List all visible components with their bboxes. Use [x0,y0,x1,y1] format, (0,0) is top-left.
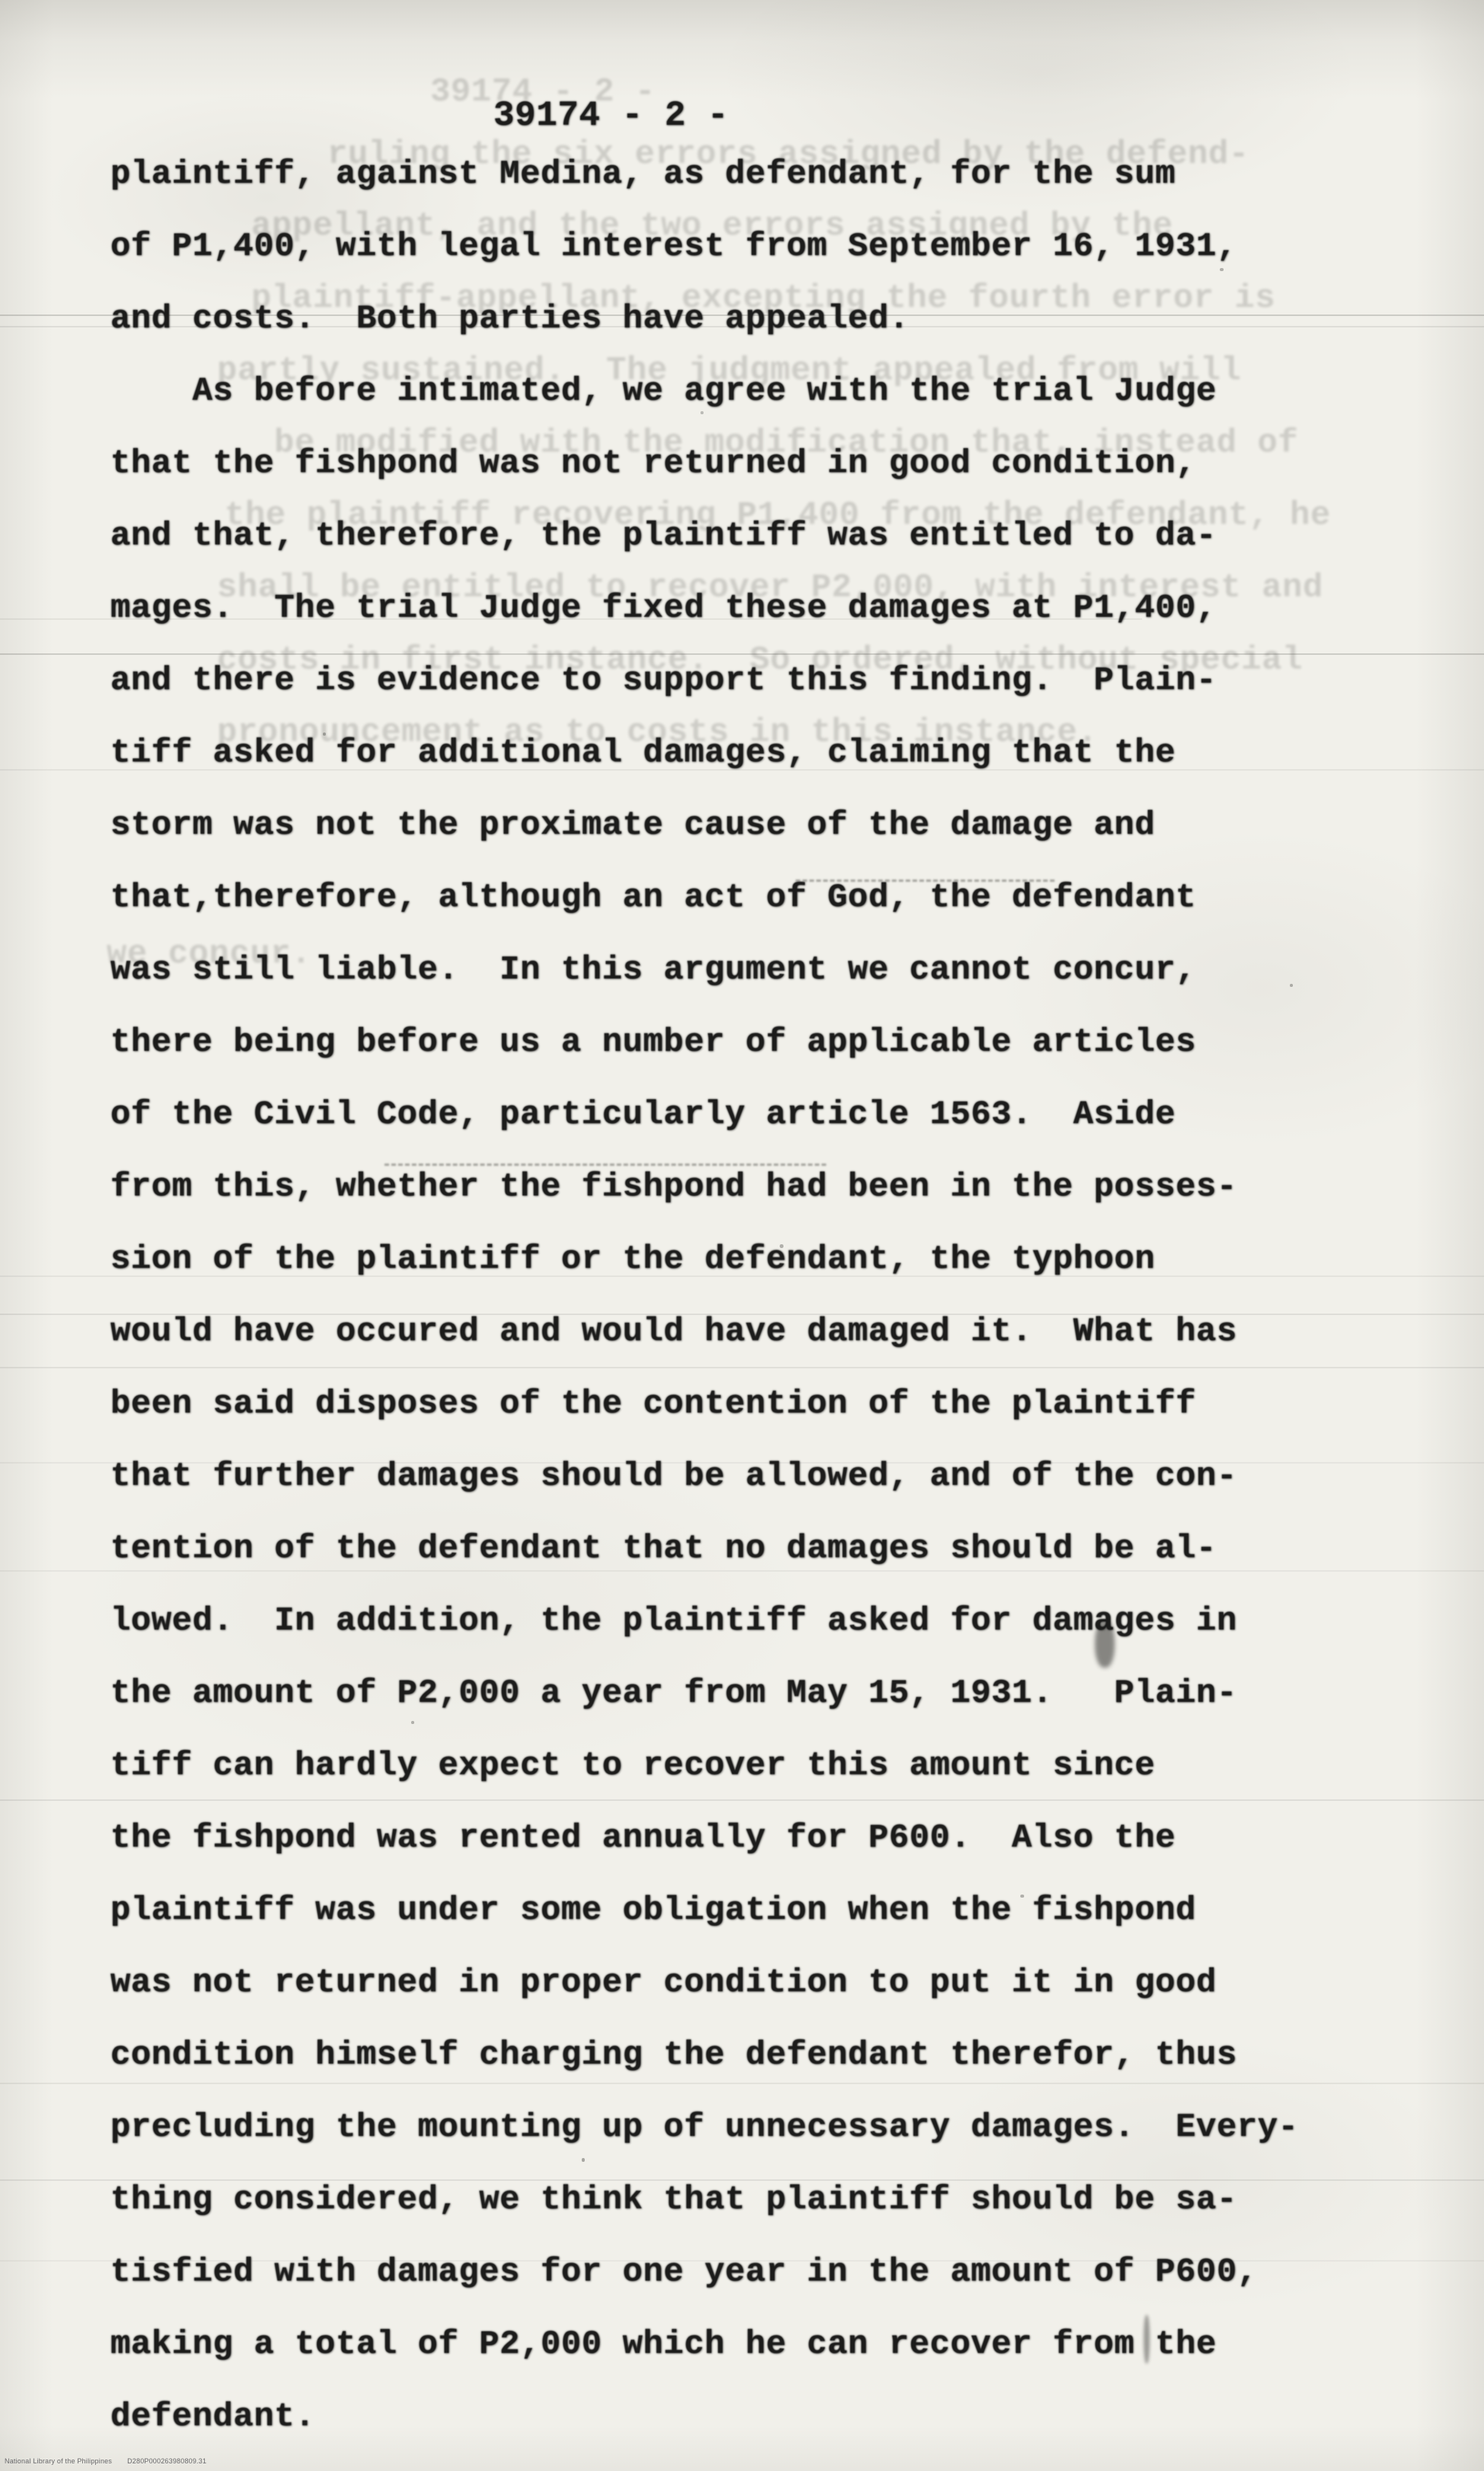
text-line: and there is evidence to support this fi… [110,645,1298,717]
text-line: plaintiff was under some obligation when… [110,1875,1298,1947]
text-line: plaintiff, against Medina, as defendant,… [110,139,1298,211]
page-number: 39174 - 2 - [493,96,729,136]
text-line: been said disposes of the contention of … [110,1368,1298,1441]
text-line: there being before us a number of applic… [110,1007,1298,1079]
text-line: that further damages should be allowed, … [110,1441,1298,1513]
text-line: thing considered, we think that plaintif… [110,2164,1298,2236]
text-line: the amount of P2,000 a year from May 15,… [110,1658,1298,1730]
text-line: tisfied with damages for one year in the… [110,2236,1298,2309]
text-line: tiff can hardly expect to recover this a… [110,1730,1298,1802]
document-body: plaintiff, against Medina, as defendant,… [110,139,1298,2453]
text-line: that the fishpond was not returned in go… [110,428,1298,500]
text-line: storm was not the proximate cause of the… [110,790,1298,862]
text-line: making a total of P2,000 which he can re… [110,2309,1298,2381]
text-line: from this, whether the fishpond had been… [110,1151,1298,1224]
text-line: condition himself charging the defendant… [110,2019,1298,2092]
text-line: of P1,400, with legal interest from Sept… [110,211,1298,283]
watermark-library-label: National Library of the Philippines [5,2457,112,2465]
text-line: lowed. In addition, the plaintiff asked … [110,1585,1298,1658]
document-page: 39174 - 2 -ruling the six errors assigne… [0,0,1484,2471]
text-line: tention of the defendant that no damages… [110,1513,1298,1585]
text-line: and costs. Both parties have appealed. [110,283,1298,356]
text-line: mages. The trial Judge fixed these damag… [110,573,1298,645]
text-line: was not returned in proper condition to … [110,1947,1298,2019]
text-line: precluding the mounting up of unnecessar… [110,2092,1298,2164]
text-line: tiff asked for additional damages, claim… [110,717,1298,790]
watermark-code: D280P000263980809.31 [127,2457,206,2465]
text-line: that,therefore, although an act of God, … [110,862,1298,934]
scan-watermark: National Library of the Philippines D280… [5,2457,206,2465]
text-line: As before intimated, we agree with the t… [110,356,1298,428]
text-line: was still liable. In this argument we ca… [110,934,1298,1007]
text-line: and that, therefore, the plaintiff was e… [110,500,1298,573]
text-line: of the Civil Code, particularly article … [110,1079,1298,1151]
text-line: defendant. [110,2381,1298,2453]
text-line: would have occured and would have damage… [110,1296,1298,1368]
text-line: the fishpond was rented annually for P60… [110,1802,1298,1875]
text-line: sion of the plaintiff or the defendant, … [110,1224,1298,1296]
